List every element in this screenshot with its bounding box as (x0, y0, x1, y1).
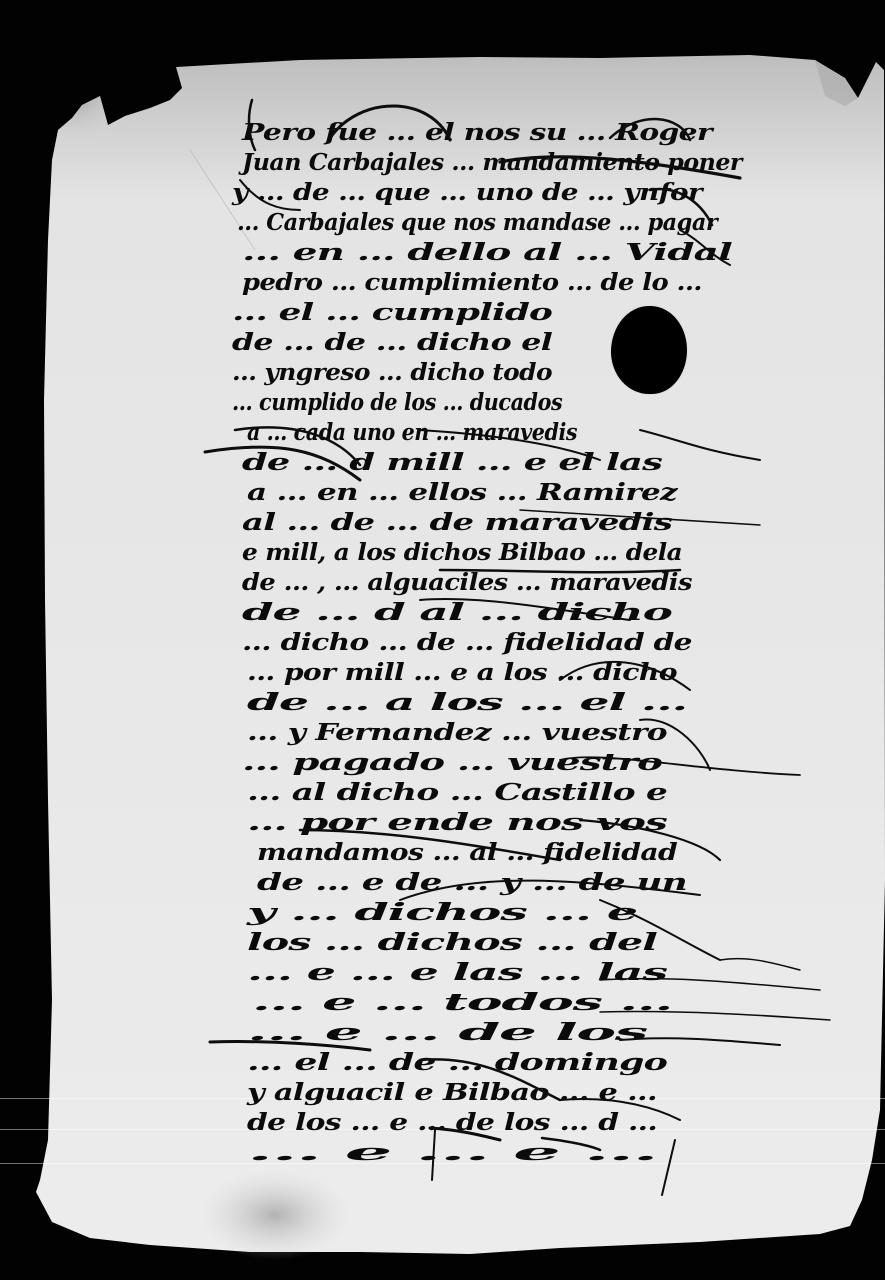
manuscript-line: ... al dicho ... Castillo e (247, 778, 667, 808)
manuscript-line: ... Carbajales que nos mandase ... pagar (237, 208, 717, 238)
manuscript-line: de ... , ... alguaciles ... maravedis (242, 568, 692, 598)
manuscript-line: de ... e de ... y ... de un (257, 868, 687, 898)
manuscript-line: los ... dichos ... del (247, 928, 657, 958)
manuscript-line: ... pagado ... vuestro (242, 748, 662, 778)
manuscript-line: ... por mill ... e a los ... dicho (247, 658, 677, 688)
manuscript-line: ... y Fernandez ... vuestro (247, 718, 667, 748)
manuscript-line: de los ... e ... de los ... d ... (247, 1108, 657, 1138)
manuscript-line: a ... cada uno en ... maravedis (247, 418, 577, 448)
manuscript-line: y ... dichos ... e (247, 898, 637, 928)
manuscript-line: y alguacil e Bilbao ... e ... (247, 1078, 657, 1108)
manuscript-line: de ... d mill ... e el las (242, 448, 662, 478)
manuscript-line: mandamos ... al ... fidelidad (257, 838, 677, 868)
manuscript-line: de ... de ... dicho el (232, 328, 552, 358)
manuscript-line: ... yngreso ... dicho todo (232, 358, 552, 388)
manuscript-line: ... dicho ... de ... fidelidad de (242, 628, 692, 658)
seal-hole (611, 306, 687, 394)
manuscript-line: de ... a los ... el ... (247, 688, 687, 718)
manuscript-line: ... cumplido de los ... ducados (232, 388, 562, 418)
manuscript-line: ... e ... todos ... (252, 988, 672, 1018)
manuscript-line: al ... de ... de maravedis (242, 508, 672, 538)
manuscript-line: de ... d al ... dicho (242, 598, 672, 628)
manuscript-line: y ... de ... que ... uno de ... ynfor (232, 178, 702, 208)
manuscript-line: pedro ... cumplimiento ... de lo ... (242, 268, 702, 298)
manuscript-line: ... e ... e las ... las (247, 958, 667, 988)
manuscript-line: ... e ... de los (247, 1018, 647, 1048)
manuscript-line: Juan Carbajales ... mandamiento poner (242, 148, 742, 178)
manuscript-line: ... en ... dello al ... Vidal (242, 238, 732, 268)
manuscript-line: ... el ... de ... domingo (247, 1048, 667, 1078)
manuscript-line: Pero fue ... el nos su ... Roger (242, 118, 712, 148)
manuscript-line: ... el ... cumplido (232, 298, 552, 328)
manuscript-line: ... e ... e ... (247, 1138, 657, 1168)
manuscript-line: a ... en ... ellos ... Ramirez (247, 478, 677, 508)
manuscript-line: ... por ende nos vos (247, 808, 667, 838)
manuscript-line: e mill, a los dichos Bilbao ... dela (242, 538, 682, 568)
manuscript-scan: Pero fue ... el nos su ... Roger Juan Ca… (0, 0, 885, 1280)
